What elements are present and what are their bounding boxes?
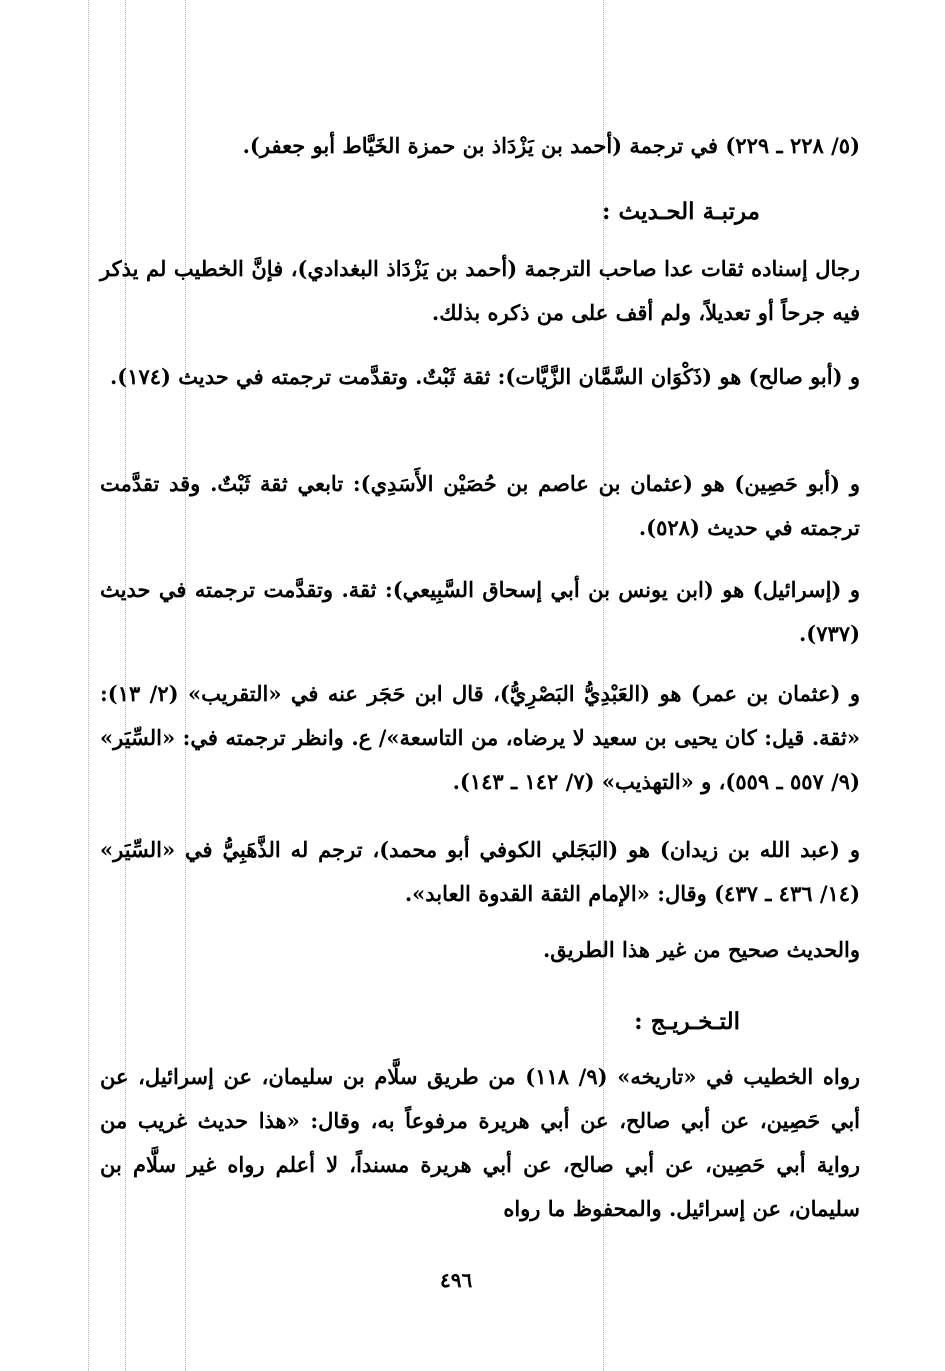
section-heading-takhrij: التـخـريـج :	[634, 1000, 740, 1044]
paragraph-abdullah-ibn-zaydan: و (عبد الله بن زيدان) هو (البَجَلي الكوف…	[100, 828, 860, 916]
paragraph-israil: و (إسرائيل) هو (ابن يونس بن أبي إسحاق ال…	[100, 568, 860, 656]
paragraph-takhrij: رواه الخطيب في «تاريخه» (٩/ ١١٨) من طريق…	[100, 1055, 860, 1231]
paragraph-abu-salih: و (أبو صالح) هو (ذَكْوَان السَّمَّان الز…	[100, 355, 860, 399]
paragraph-narrators: رجال إسناده ثقات عدا صاحب الترجمة (أحمد …	[100, 247, 860, 335]
hadith-conclusion: والحديث صحيح من غير هذا الطريق.	[100, 928, 860, 972]
top-reference-line: (٥/ ٢٢٨ ـ ٢٢٩) في ترجمة (أحمد بن يَزْدَا…	[100, 124, 860, 168]
section-heading-hadith-rank: مرتبـة الحـديث :	[602, 190, 760, 234]
paragraph-uthman-ibn-umar: و (عثمان بن عمر) هو (العَبْدِيُّ البَصْر…	[100, 672, 860, 804]
paragraph-abu-hasin: و (أبو حَصِين) هو (عثمان بن عاصم بن حُصَ…	[100, 462, 860, 550]
page-number: ٤٩٦	[440, 1268, 472, 1292]
guide-line	[88, 0, 89, 1371]
